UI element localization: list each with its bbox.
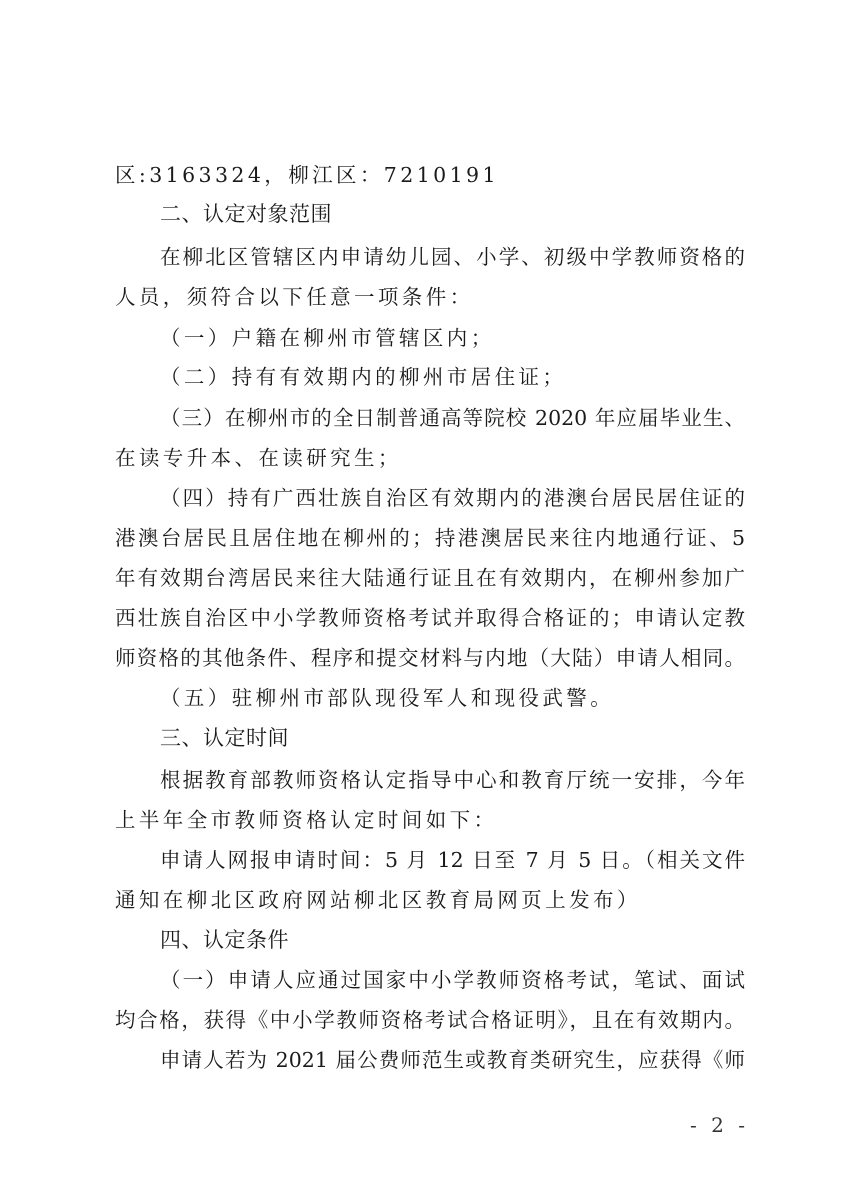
paragraph-line: 上半年全市教师资格认定时间如下： <box>115 802 745 838</box>
paragraph-line: （三）在柳州市的全日制普通高等院校 2020 年应届毕业生、 <box>160 400 745 436</box>
paragraph-line: （二）持有有效期内的柳州市居住证； <box>160 359 745 395</box>
paragraph-line: 港澳台居民且居住地在柳州的；持港澳居民来往内地通行证、5 <box>115 520 745 556</box>
paragraph-line: （五）驻柳州市部队现役军人和现役武警。 <box>160 680 745 716</box>
paragraph-line: 年有效期台湾居民来往大陆通行证且在有效期内，在柳州参加广 <box>115 560 745 596</box>
paragraph-line: 申请人网报申请时间：5 月 12 日至 7 月 5 日。（相关文件 <box>160 842 745 878</box>
paragraph-line: 申请人若为 2021 届公费师范生或教育类研究生，应获得《师 <box>160 1042 745 1078</box>
section-heading: 四、认定条件 <box>160 922 745 958</box>
paragraph-line: 师资格的其他条件、程序和提交材料与内地（大陆）申请人相同。 <box>115 640 745 676</box>
paragraph-line: 西壮族自治区中小学教师资格考试并取得合格证的；申请认定教 <box>115 600 745 636</box>
paragraph-line: 根据教育部教师资格认定指导中心和教育厅统一安排，今年 <box>160 762 745 798</box>
paragraph-line: 在柳北区管辖区内申请幼儿园、小学、初级中学教师资格的 <box>160 239 745 275</box>
paragraph-line: 人员，须符合以下任意一项条件： <box>115 279 745 315</box>
paragraph-line: 区:3163324，柳江区：7210191 <box>115 157 745 193</box>
paragraph-line: 均合格，获得《中小学教师资格考试合格证明》，且在有效期内。 <box>115 1002 745 1038</box>
paragraph-line: （一）户籍在柳州市管辖区内； <box>160 320 745 356</box>
paragraph-line: 在读专升本、在读研究生； <box>115 440 745 476</box>
page-number: - 2 - <box>690 1113 749 1137</box>
document-page: 区:3163324，柳江区：7210191二、认定对象范围在柳北区管辖区内申请幼… <box>0 0 850 1201</box>
paragraph-line: （四）持有广西壮族自治区有效期内的港澳台居民居住证的 <box>160 480 745 516</box>
section-heading: 二、认定对象范围 <box>160 196 745 232</box>
paragraph-line: 通知在柳北区政府网站柳北区教育局网页上发布） <box>115 882 745 918</box>
paragraph-line: （一）申请人应通过国家中小学教师资格考试，笔试、面试 <box>160 962 745 998</box>
section-heading: 三、认定时间 <box>160 720 745 756</box>
